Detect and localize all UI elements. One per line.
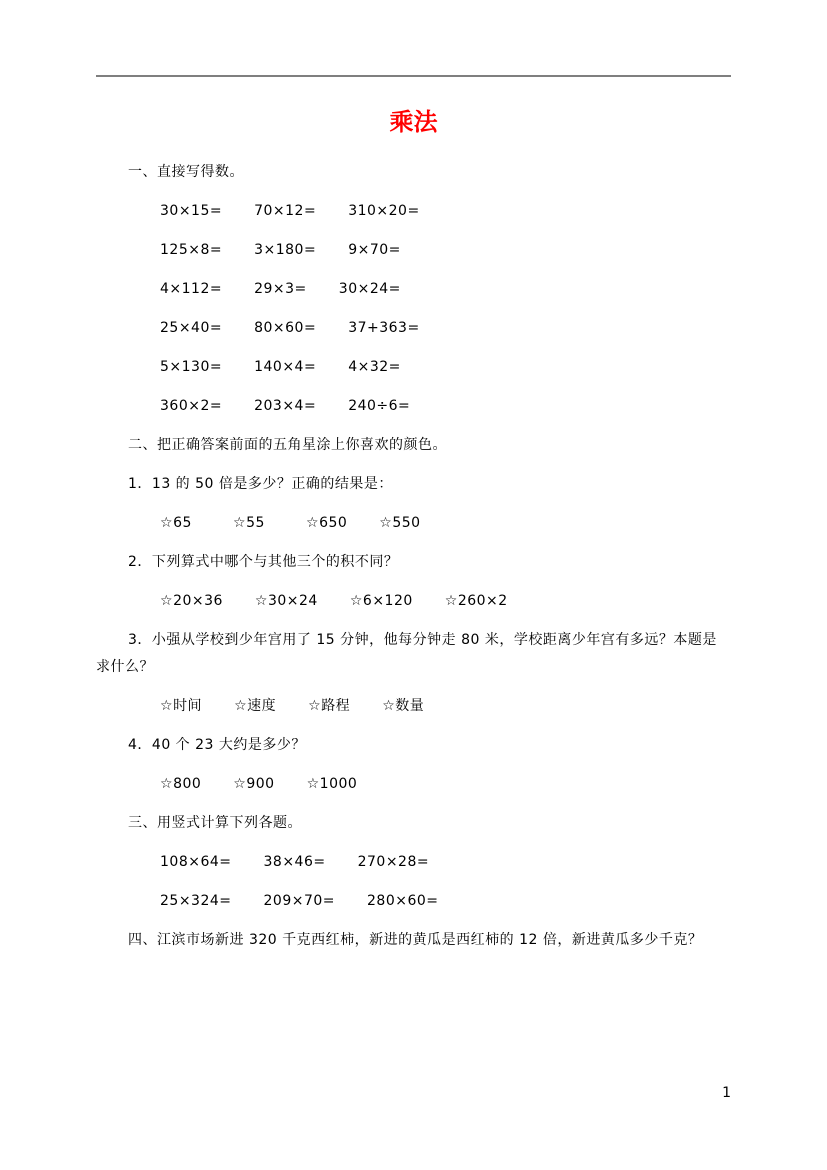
equation: 5×130= <box>128 354 222 381</box>
equation: 37+363= <box>316 315 420 342</box>
option-label: 数量 <box>395 698 424 714</box>
star-icon: ☆ <box>445 593 458 609</box>
star-icon: ☆ <box>233 515 246 531</box>
question-4-options: ☆800☆900☆1000 <box>96 771 731 798</box>
equation: 29×3= <box>222 276 307 303</box>
equation: 240÷6= <box>316 393 410 420</box>
equation: 108×64= <box>128 849 232 876</box>
option: ☆55 <box>201 510 274 537</box>
option-label: 20×36 <box>173 593 223 609</box>
equation: 140×4= <box>222 354 316 381</box>
equation: 25×324= <box>128 888 232 915</box>
equation-row: 108×64=38×46=270×28= <box>96 849 731 876</box>
document-content: 乘法 一、直接写得数。 30×15=70×12=310×20= 125×8=3×… <box>96 0 731 966</box>
equation: 70×12= <box>222 198 316 225</box>
star-icon: ☆ <box>233 776 246 792</box>
equation-row: 5×130=140×4=4×32= <box>96 354 731 381</box>
option: ☆速度 <box>202 693 276 720</box>
option-label: 800 <box>173 776 201 792</box>
equation-row: 360×2=203×4=240÷6= <box>96 393 731 420</box>
star-icon: ☆ <box>308 698 321 714</box>
star-icon: ☆ <box>382 698 395 714</box>
equation: 280×60= <box>335 888 439 915</box>
option: ☆800 <box>128 771 201 798</box>
equation: 38×46= <box>232 849 326 876</box>
equation-row: 30×15=70×12=310×20= <box>96 198 731 225</box>
option: ☆260×2 <box>413 588 508 615</box>
equation: 3×180= <box>222 237 316 264</box>
option: ☆30×24 <box>223 588 318 615</box>
equation: 360×2= <box>128 393 222 420</box>
option-label: 路程 <box>321 698 350 714</box>
star-icon: ☆ <box>350 593 363 609</box>
option-label: 65 <box>173 515 192 531</box>
option: ☆900 <box>201 771 274 798</box>
option: ☆时间 <box>128 693 202 720</box>
equation: 80×60= <box>222 315 316 342</box>
option-label: 时间 <box>173 698 202 714</box>
page-title: 乘法 <box>96 106 731 138</box>
question-3-options: ☆时间☆速度☆路程☆数量 <box>96 693 731 720</box>
option: ☆650 <box>274 510 347 537</box>
option: ☆路程 <box>276 693 350 720</box>
equation: 30×24= <box>307 276 401 303</box>
star-icon: ☆ <box>307 776 320 792</box>
question-2-text: 2．下列算式中哪个与其他三个的积不同？ <box>96 549 731 576</box>
equation-row: 25×324=209×70=280×60= <box>96 888 731 915</box>
equation: 4×112= <box>128 276 222 303</box>
star-icon: ☆ <box>160 515 173 531</box>
equation: 203×4= <box>222 393 316 420</box>
star-icon: ☆ <box>160 593 173 609</box>
equation: 270×28= <box>326 849 430 876</box>
equation-row: 125×8=3×180=9×70= <box>96 237 731 264</box>
section-2-heading: 二、把正确答案前面的五角星涂上你喜欢的颜色。 <box>96 432 731 459</box>
equation: 25×40= <box>128 315 222 342</box>
worksheet-page: 乘法 一、直接写得数。 30×15=70×12=310×20= 125×8=3×… <box>0 0 827 1170</box>
star-icon: ☆ <box>160 776 173 792</box>
option-label: 30×24 <box>268 593 318 609</box>
option: ☆20×36 <box>128 588 223 615</box>
equation: 4×32= <box>316 354 401 381</box>
question-1-text: 1．13 的 50 倍是多少？正确的结果是： <box>96 471 731 498</box>
option-label: 550 <box>392 515 420 531</box>
option-label: 650 <box>319 515 347 531</box>
section-4-heading: 四、江滨市场新进 320 千克西红柿，新进的黄瓜是西红柿的 12 倍，新进黄瓜多… <box>96 927 731 954</box>
question-3-text: 3．小强从学校到少年宫用了 15 分钟，他每分钟走 80 米，学校距离少年宫有多… <box>96 627 731 681</box>
option-label: 900 <box>246 776 274 792</box>
option-label: 55 <box>246 515 265 531</box>
equation: 310×20= <box>316 198 420 225</box>
star-icon: ☆ <box>379 515 392 531</box>
section-3-heading: 三、用竖式计算下列各题。 <box>96 810 731 837</box>
option-label: 速度 <box>247 698 276 714</box>
section-1-heading: 一、直接写得数。 <box>96 159 731 186</box>
equation: 30×15= <box>128 198 222 225</box>
equation-row: 25×40=80×60=37+363= <box>96 315 731 342</box>
star-icon: ☆ <box>160 698 173 714</box>
option: ☆550 <box>347 510 420 537</box>
option: ☆1000 <box>275 771 358 798</box>
option-label: 6×120 <box>363 593 413 609</box>
equation: 209×70= <box>232 888 336 915</box>
option: ☆数量 <box>350 693 424 720</box>
page-number: 1 <box>96 1080 731 1107</box>
equation: 9×70= <box>316 237 401 264</box>
star-icon: ☆ <box>255 593 268 609</box>
star-icon: ☆ <box>306 515 319 531</box>
equation-row: 4×112=29×3=30×24= <box>96 276 731 303</box>
option-label: 1000 <box>320 776 358 792</box>
question-1-options: ☆65☆55☆650☆550 <box>96 510 731 537</box>
question-2-options: ☆20×36☆30×24☆6×120☆260×2 <box>96 588 731 615</box>
star-icon: ☆ <box>234 698 247 714</box>
option: ☆65 <box>128 510 201 537</box>
option-label: 260×2 <box>458 593 508 609</box>
equation: 125×8= <box>128 237 222 264</box>
question-4-text: 4．40 个 23 大约是多少？ <box>96 732 731 759</box>
option: ☆6×120 <box>318 588 413 615</box>
